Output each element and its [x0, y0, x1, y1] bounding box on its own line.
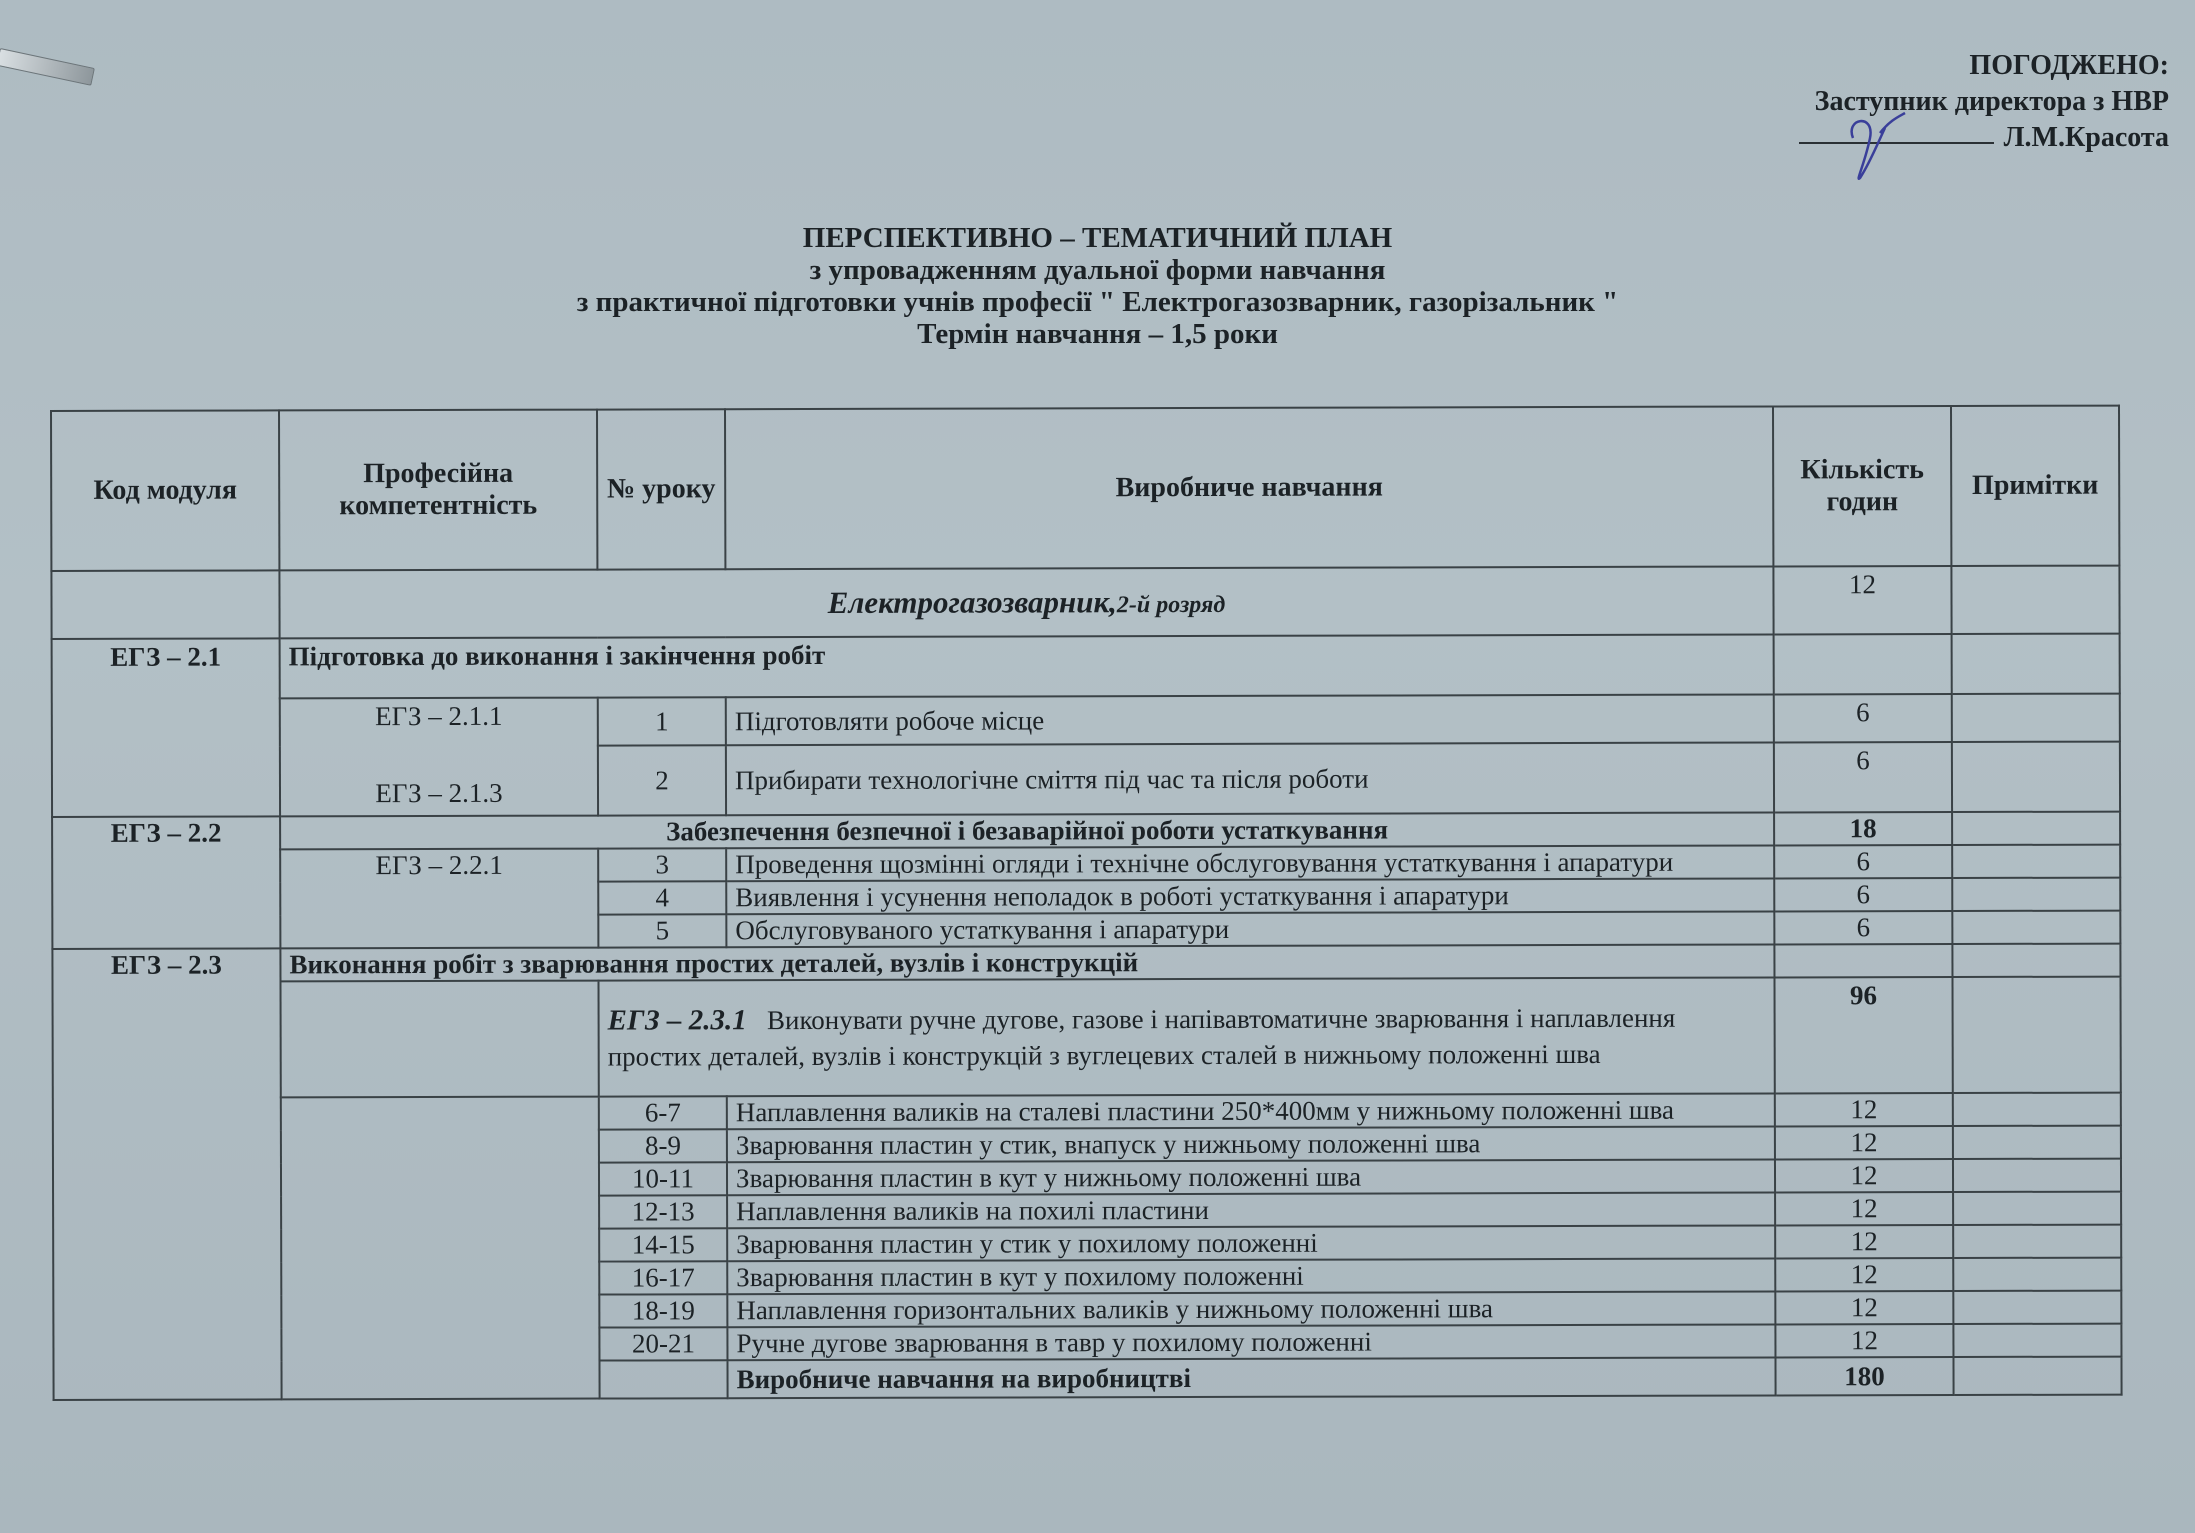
title-line-3: з практичної підготовки учнів професії "…	[0, 286, 2195, 318]
lesson-no: 1	[598, 697, 726, 745]
module-title: Забезпечення безпечної і безаварійної ро…	[280, 812, 1774, 849]
module-hours: 18	[1774, 812, 1952, 845]
competence-block-row: ЕГЗ – 2.3.1 Виконувати ручне дугове, газ…	[52, 977, 2120, 1098]
approval-heading: ПОГОДЖЕНО:	[1799, 48, 2169, 84]
rank-hours: 12	[1773, 566, 1951, 634]
lesson-hours: 6	[1774, 742, 1952, 812]
lesson-topic: Обслуговуваного устаткування і апаратури	[726, 911, 1774, 947]
lesson-topic: Зварювання пластин у стик у похилому пол…	[727, 1225, 1775, 1261]
lesson-topic: Ручне дугове зварювання в тавр у похилом…	[727, 1324, 1775, 1360]
module-code: ЕГЗ – 2.3	[52, 948, 281, 1400]
competence-code: ЕГЗ – 2.3.1	[608, 1004, 747, 1036]
rank-title: Електрогазозварник,2-й розряд	[279, 566, 1773, 638]
module-hours	[1774, 634, 1952, 694]
header-competence: Професійна компетентність	[279, 410, 597, 571]
lesson-hours: 12	[1775, 1093, 1953, 1126]
competence-hours: 96	[1774, 977, 1952, 1093]
lesson-hours: 12	[1775, 1291, 1953, 1324]
competence-block: ЕГЗ – 2.3.1 Виконувати ручне дугове, газ…	[598, 977, 1774, 1096]
lesson-no: 5	[598, 914, 726, 947]
footer-hours: 180	[1775, 1357, 1953, 1395]
module-code: ЕГЗ – 2.2	[52, 816, 280, 949]
lesson-no: 10-11	[599, 1162, 727, 1195]
lesson-no: 14-15	[599, 1228, 727, 1261]
lesson-hours: 12	[1775, 1192, 1953, 1225]
signature-icon	[1835, 108, 1915, 188]
lesson-topic: Наплавлення валиків на похилі пластини	[727, 1192, 1775, 1228]
module-row: ЕГЗ – 2.2 Забезпечення безпечної і безав…	[52, 812, 2120, 850]
header-lesson-no: № уроку	[597, 409, 725, 569]
header-notes: Примітки	[1951, 406, 2119, 566]
lesson-hours: 12	[1775, 1159, 1953, 1192]
competence-code: ЕГЗ – 2.1.1 ЕГЗ – 2.1.3	[280, 698, 598, 817]
lesson-hours: 6	[1774, 845, 1952, 878]
header-hours: Кількість годин	[1773, 406, 1951, 566]
lesson-row: ЕГЗ – 2.2.1 3 Проведення щозмінні огляди…	[52, 845, 2120, 883]
footer-topic: Виробниче навчання на виробництві	[727, 1357, 1775, 1398]
competence-code: ЕГЗ – 2.2.1	[280, 849, 598, 949]
lesson-topic: Наплавлення валиків на сталеві пластини …	[727, 1093, 1775, 1129]
lesson-no: 4	[598, 881, 726, 914]
lesson-no: 16-17	[599, 1261, 727, 1294]
module-hours	[1774, 944, 1952, 977]
module-title: Виконання робіт з зварювання простих дет…	[280, 944, 1774, 981]
lesson-row: ЕГЗ – 2.1.1 ЕГЗ – 2.1.3 1 Підготовляти р…	[52, 694, 2120, 747]
lesson-no: 2	[598, 745, 726, 815]
module-title: Підготовка до виконання і закінчення роб…	[280, 634, 1774, 698]
approval-name: Л.М.Красота	[2004, 122, 2169, 153]
paper-clip	[0, 48, 95, 86]
module-row: ЕГЗ – 2.3 Виконання робіт з зварювання п…	[52, 944, 2120, 982]
competence-text: Виконувати ручне дугове, газове і напіва…	[608, 1003, 1676, 1072]
lesson-no: 20-21	[599, 1327, 727, 1360]
module-code: ЕГЗ – 2.1	[52, 638, 280, 817]
plan-table: Код модуля Професійна компетентність № у…	[50, 405, 2123, 1401]
lesson-topic: Зварювання пластин у стик, внапуск у ниж…	[727, 1126, 1775, 1162]
lesson-no: 3	[598, 848, 726, 881]
title-line-1: ПЕРСПЕКТИВНО – ТЕМАТИЧНИЙ ПЛАН	[0, 222, 2195, 254]
lesson-topic: Прибирати технологічне сміття під час та…	[726, 742, 1774, 815]
lesson-topic: Наплавлення горизонтальних валиків у ниж…	[727, 1291, 1775, 1327]
module-row: ЕГЗ – 2.1 Підготовка до виконання і закі…	[52, 634, 2120, 699]
header-module-code: Код модуля	[51, 410, 279, 571]
lesson-topic: Зварювання пластин в кут у нижньому поло…	[727, 1159, 1775, 1195]
lesson-topic: Виявлення і усунення неполадок в роботі …	[726, 878, 1774, 914]
lesson-hours: 12	[1775, 1225, 1953, 1258]
lesson-hours: 6	[1774, 911, 1952, 944]
lesson-hours: 12	[1775, 1258, 1953, 1291]
document-title: ПЕРСПЕКТИВНО – ТЕМАТИЧНИЙ ПЛАН з упровад…	[0, 222, 2195, 350]
lesson-no: 8-9	[599, 1129, 727, 1162]
title-line-2: з упровадженням дуальної форми навчання	[0, 254, 2195, 286]
rank-row: Електрогазозварник,2-й розряд 12	[51, 566, 2119, 639]
lesson-row: 6-7 Наплавлення валиків на сталеві пласт…	[53, 1093, 2121, 1131]
lesson-hours: 6	[1774, 878, 1952, 911]
lesson-hours: 12	[1775, 1324, 1953, 1357]
title-line-4: Термін навчання – 1,5 роки	[0, 318, 2195, 350]
lesson-topic: Підготовляти робоче місце	[726, 694, 1774, 745]
lesson-no: 18-19	[599, 1294, 727, 1327]
lesson-topic: Зварювання пластин в кут у похилому поло…	[727, 1258, 1775, 1294]
table-header-row: Код модуля Професійна компетентність № у…	[51, 406, 2119, 571]
lesson-hours: 6	[1774, 694, 1952, 742]
lesson-topic: Проведення щозмінні огляди і технічне об…	[726, 845, 1774, 881]
lesson-no: 12-13	[599, 1195, 727, 1228]
header-training: Виробниче навчання	[725, 406, 1773, 569]
lesson-hours: 12	[1775, 1126, 1953, 1159]
lesson-no: 6-7	[599, 1096, 727, 1129]
